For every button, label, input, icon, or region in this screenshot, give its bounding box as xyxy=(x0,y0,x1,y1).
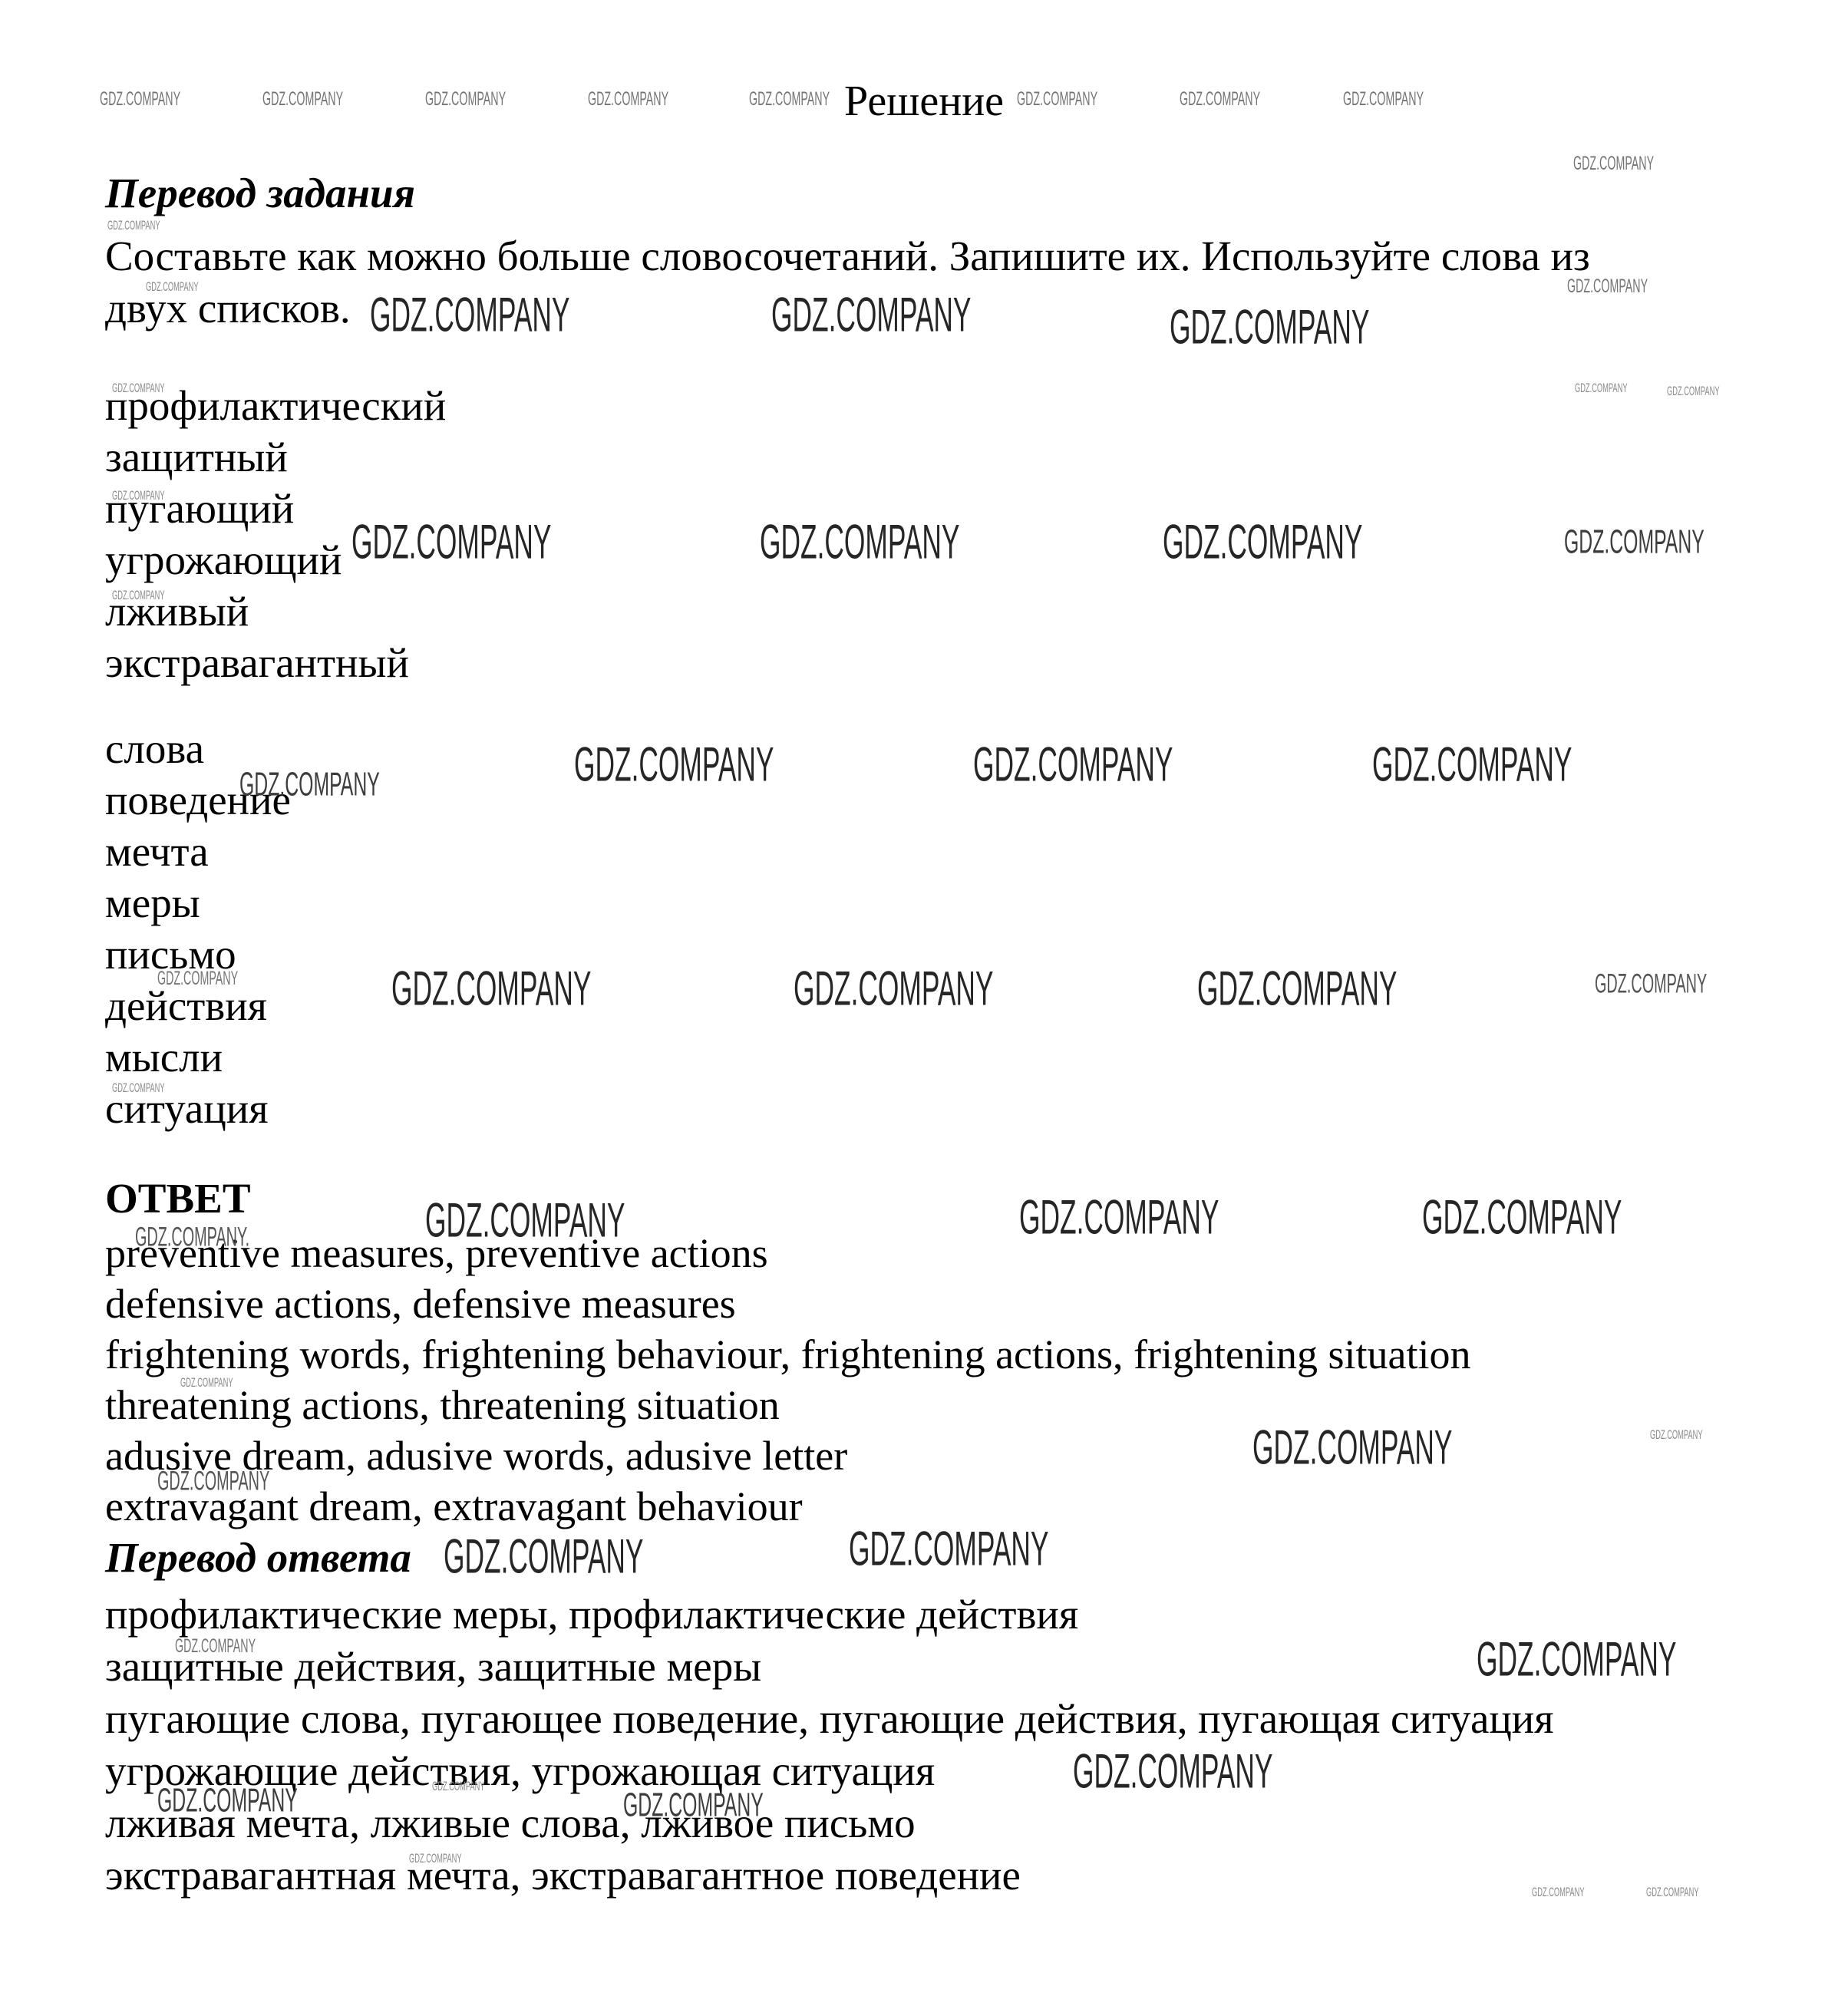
noun-word: меры xyxy=(105,877,291,929)
gdz-watermark: GDZ.COMPANY xyxy=(574,741,774,790)
noun-word: ситуация xyxy=(105,1083,291,1134)
answer-line: extravagant dream, extravagant behaviour xyxy=(105,1481,1470,1532)
gdz-watermark: GDZ.COMPANY xyxy=(1650,1429,1703,1442)
task-text-line: двух списков. xyxy=(105,282,1590,335)
gdz-watermark: GDZ.COMPANY xyxy=(1595,970,1707,997)
answer-line: threatening actions, threatening situati… xyxy=(105,1380,1470,1430)
adjective-word: лживый xyxy=(105,586,446,637)
task-text: Составьте как можно больше словосочетани… xyxy=(105,230,1590,335)
answer-line: adusive dream, adusive words, adusive le… xyxy=(105,1430,1470,1481)
page-title: Решение xyxy=(0,78,1848,126)
translation-line: профилактические меры, профилактические … xyxy=(105,1589,1554,1641)
gdz-watermark: GDZ.COMPANY xyxy=(1646,1886,1699,1899)
noun-word: мечта xyxy=(105,826,291,877)
noun-word: действия xyxy=(105,980,291,1031)
answer-line: defensive actions, defensive measures xyxy=(105,1278,1470,1329)
translation-line: пугающие слова, пугающее поведение, пуга… xyxy=(105,1693,1554,1745)
answer-heading: ОТВЕТ xyxy=(105,1176,251,1222)
translation-line: лживая мечта, лживые слова, лживое письм… xyxy=(105,1797,1554,1849)
adjective-word: угрожающий xyxy=(105,534,446,586)
noun-word: слова xyxy=(105,723,291,774)
translation-line: угрожающие действия, угрожающая ситуация xyxy=(105,1745,1554,1797)
gdz-watermark: GDZ.COMPANY xyxy=(1163,519,1362,567)
adjective-word: защитный xyxy=(105,431,446,483)
document-page: Решение Перевод задания Составьте как мо… xyxy=(0,0,1848,1996)
gdz-watermark: GDZ.COMPANY xyxy=(973,741,1173,790)
adjective-word-list: профилактическийзащитныйпугающийугрожающ… xyxy=(105,380,446,688)
noun-word: поведение xyxy=(105,774,291,826)
gdz-watermark: GDZ.COMPANY xyxy=(391,965,591,1014)
gdz-watermark: GDZ.COMPANY xyxy=(1197,965,1397,1014)
answer-translation-heading: Перевод ответа xyxy=(105,1535,411,1582)
answer-line: frightening words, frightening behaviour… xyxy=(105,1329,1470,1380)
translation-line: экстравагантная мечта, экстравагантное п… xyxy=(105,1849,1554,1902)
adjective-word: экстравагантный xyxy=(105,637,446,688)
adjective-word: профилактический xyxy=(105,380,446,431)
gdz-watermark: GDZ.COMPANY xyxy=(794,965,993,1014)
noun-word: письмо xyxy=(105,929,291,980)
answer-line: preventive measures, preventive actions xyxy=(105,1228,1470,1278)
task-translation-heading: Перевод задания xyxy=(105,170,415,217)
task-text-line: Составьте как можно больше словосочетани… xyxy=(105,230,1590,282)
translation-lines: профилактические меры, профилактические … xyxy=(105,1589,1554,1902)
noun-word: мысли xyxy=(105,1031,291,1083)
gdz-watermark: GDZ.COMPANY xyxy=(1564,525,1704,559)
gdz-watermark: GDZ.COMPANY xyxy=(760,519,959,567)
answer-lines: preventive measures, preventive actionsd… xyxy=(105,1228,1470,1532)
gdz-watermark: GDZ.COMPANY xyxy=(444,1533,643,1582)
gdz-watermark: GDZ.COMPANY xyxy=(849,1526,1048,1574)
translation-line: защитные действия, защитные меры xyxy=(105,1641,1554,1693)
adjective-word: пугающий xyxy=(105,483,446,534)
gdz-watermark: GDZ.COMPANY xyxy=(1575,382,1628,395)
gdz-watermark: GDZ.COMPANY xyxy=(1573,153,1654,173)
gdz-watermark: GDZ.COMPANY xyxy=(1667,385,1720,398)
noun-word-list: словаповедениемечтамерыписьмодействиямыс… xyxy=(105,723,291,1134)
gdz-watermark: GDZ.COMPANY xyxy=(1372,741,1572,790)
